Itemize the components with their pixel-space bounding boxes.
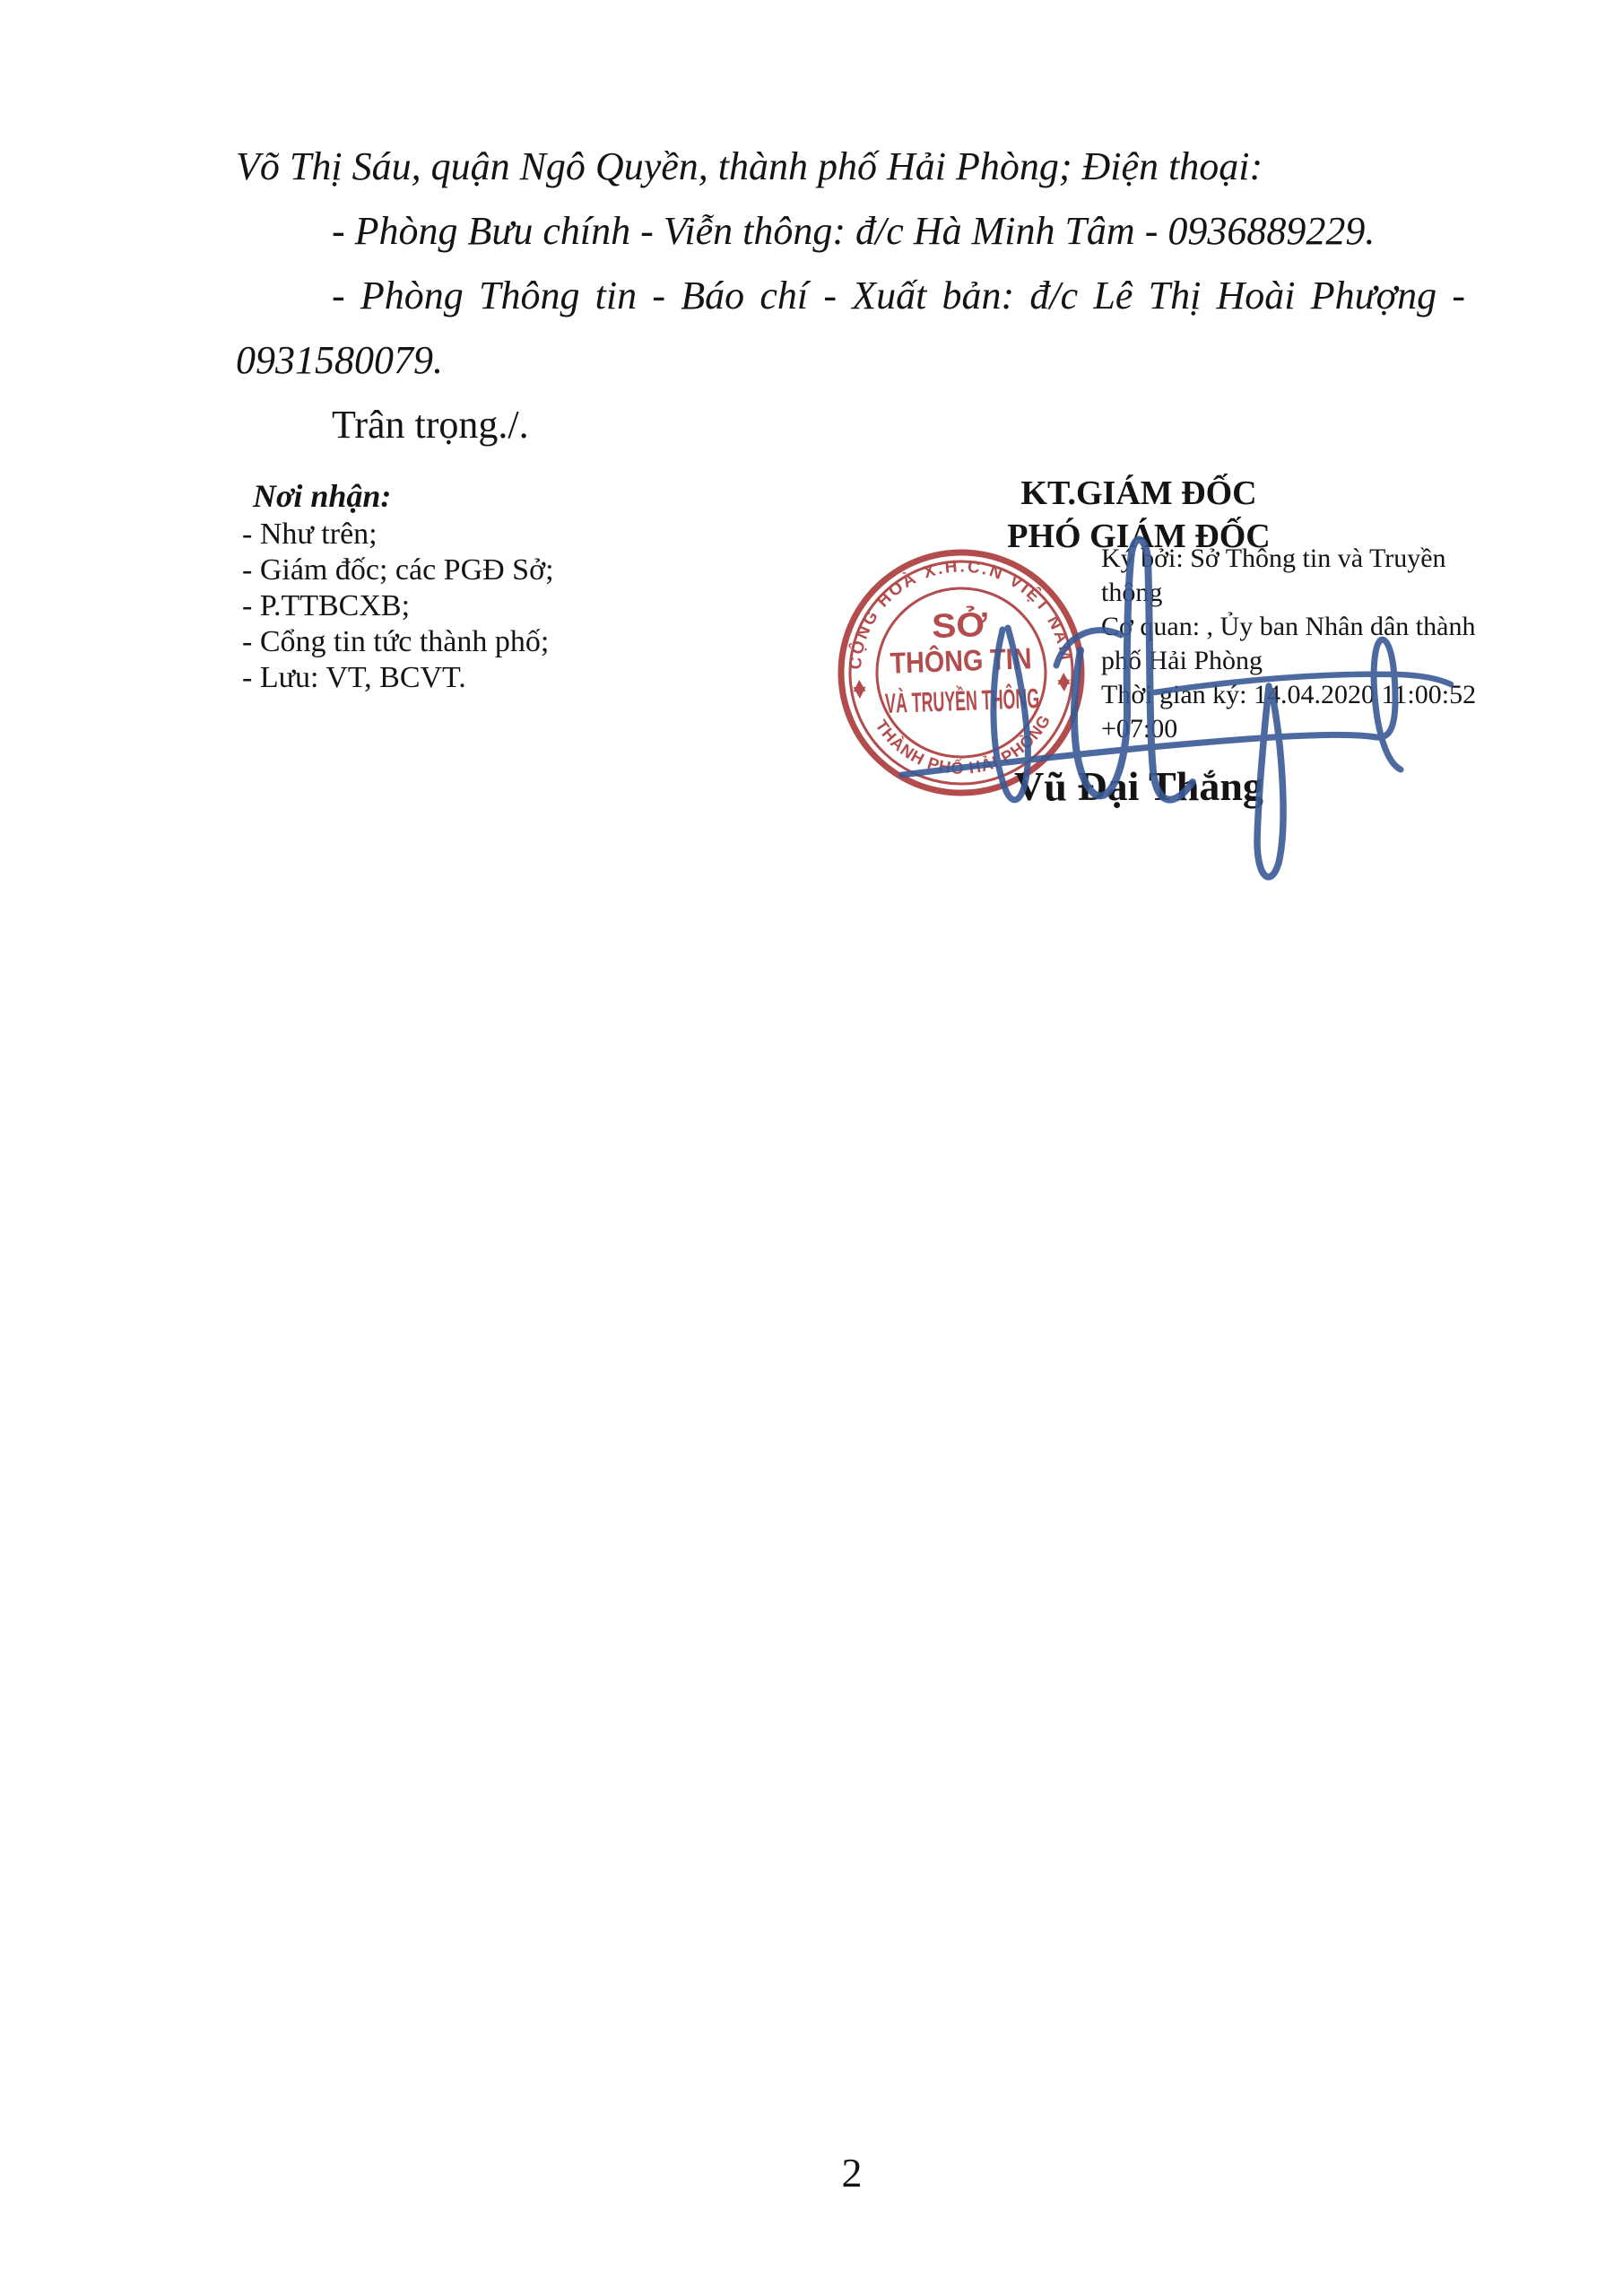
recipient-item: - Giám đốc; các PGĐ Sở; [242, 552, 554, 588]
signer-name: Vũ Đại Thắng [973, 762, 1305, 810]
signer-title-line1: KT.GIÁM ĐỐC [973, 472, 1305, 515]
digital-signature-line: Ký bởi: Sở Thông tin và Truyền [1101, 542, 1476, 576]
digital-signature-info: Ký bởi: Sở Thông tin và Truyền thông Cơ … [1101, 542, 1476, 746]
recipient-item: - Như trên; [242, 517, 554, 552]
stamp-center-line3: VÀ TRUYỀN THÔNG [885, 682, 1040, 719]
recipient-item: - P.TTBCXB; [242, 588, 554, 624]
body-contact-line-2a: - Phòng Thông tin - Báo chí - Xuất bản: … [236, 264, 1465, 328]
recipient-item: - Cổng tin tức thành phố; [242, 624, 554, 660]
closing-phrase: Trân trọng./. [236, 393, 1465, 457]
recipient-item: - Lưu: VT, BCVT. [242, 660, 554, 696]
stamp-group: CỘNG HOÀ X.H.C.N VIỆT NAM THÀNH PHỐ HẢI … [837, 548, 1085, 796]
recipients-block: Nơi nhận: - Như trên; - Giám đốc; các PG… [242, 475, 554, 696]
body-contact-line-1: - Phòng Bưu chính - Viễn thông: đ/c Hà M… [236, 199, 1465, 264]
stamp-center-line1: SỞ [931, 604, 988, 646]
page-number: 2 [789, 2149, 915, 2196]
body-continuation-line: Võ Thị Sáu, quận Ngô Quyền, thành phố Hả… [236, 135, 1465, 199]
digital-signature-line: Cơ quan: , Ủy ban Nhân dân thành [1101, 610, 1476, 644]
stamp-star-left-icon [853, 680, 866, 699]
stamp-star-right-icon [1057, 673, 1071, 691]
body-contact-line-2b: 0931580079. [236, 328, 1465, 393]
digital-signature-line: Thời gian ký: 14.04.2020 11:00:52 [1101, 678, 1476, 712]
stamp-center-line2: THÔNG TIN [890, 640, 1032, 679]
document-page: CỘNG HOÀ X.H.C.N VIỆT NAM THÀNH PHỐ HẢI … [0, 0, 1623, 2296]
digital-signature-line: +07:00 [1101, 712, 1476, 746]
digital-signature-line: thông [1101, 576, 1476, 610]
recipients-heading: Nơi nhận: [242, 475, 554, 517]
letter-body: Võ Thị Sáu, quận Ngô Quyền, thành phố Hả… [236, 135, 1465, 457]
digital-signature-line: phố Hải Phòng [1101, 644, 1476, 678]
